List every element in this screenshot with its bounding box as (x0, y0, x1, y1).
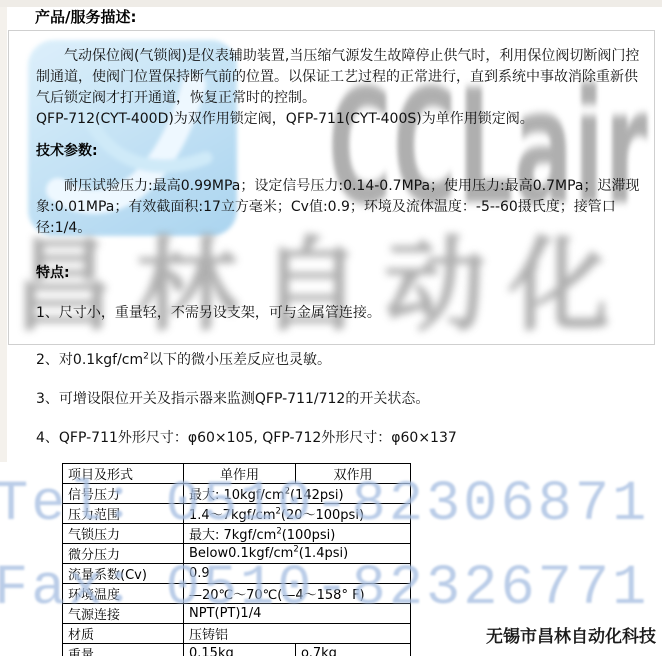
table-header-cell: 单作用 (184, 464, 296, 484)
table-row: 气锁压力最大: 7kgf/cm2(100psi) (63, 524, 411, 544)
spec-table-body: 信号压力最大: 10kgf/cm2(142psi)压力范围1.4～7kgf/cm… (63, 484, 411, 656)
description-paragraph: 气动保位阀(气锁阀)是仪表辅助装置,当压缩气源发生故障停止供气时，利用保位阀切断… (36, 46, 650, 109)
tech-params-heading: 技术参数: (36, 141, 650, 162)
spec-label-cell: 气源连接 (63, 604, 184, 624)
table-row: 流量系数(Cv)0.9 (63, 564, 411, 584)
feature-item-4: 4、QFP-711外形尺寸：φ60×105, QFP-712外形尺寸：φ60×1… (36, 428, 650, 449)
page-title: 产品/服务描述: (35, 6, 136, 27)
spec-value-cell: 1.4～7kgf/cm2(20～100psi) (184, 504, 411, 524)
spec-value-cell: 最大: 7kgf/cm2(100psi) (184, 524, 411, 544)
table-row: 气源连接NPT(PT)1/4 (63, 604, 411, 624)
spec-label-cell: 微分压力 (63, 544, 184, 564)
spec-label-cell: 流量系数(Cv) (63, 564, 184, 584)
spec-label-cell: 环境温度 (63, 584, 184, 604)
spec-label-cell: 压力范围 (63, 504, 184, 524)
spec-value-cell: 压铸铝 (184, 624, 411, 644)
feature-item-2: 2、对0.1kgf/cm2以下的微小压差反应也灵敏。 (36, 350, 650, 371)
model-description-line: QFP-712(CYT-400D)为双作用锁定阀，QFP-711(CYT-400… (36, 109, 650, 130)
spec-label-cell: 信号压力 (63, 484, 184, 504)
feature-item-1: 1、尺寸小，重量轻，不需另设支架，可与金属管连接。 (36, 303, 650, 324)
tech-params-paragraph: 耐压试验压力:最高0.99MPa；设定信号压力:0.14-0.7MPa；使用压力… (36, 176, 650, 239)
spec-value-cell: 0.9 (184, 564, 411, 584)
spec-value-cell: 0.15kg (184, 644, 296, 656)
spec-label-cell: 重量 (63, 644, 184, 656)
left-edge-strip (0, 7, 7, 462)
table-row: 环境温度—20℃～70℃(—4～158° F) (63, 584, 411, 604)
description-block: 气动保位阀(气锁阀)是仪表辅助装置,当压缩气源发生故障停止供气时，利用保位阀切断… (36, 46, 650, 130)
spec-value-cell: 最大: 10kgf/cm2(142psi) (184, 484, 411, 504)
table-row: 重量0.15kgo.7kg (63, 644, 411, 656)
features-heading: 特点: (36, 263, 650, 284)
spec-value-cell: NPT(PT)1/4 (184, 604, 411, 624)
feature-item-3: 3、可增设限位开关及指示器来监测QFP-711/712的开关状态。 (36, 389, 650, 410)
spec-table: 项目及形式 单作用 双作用 信号压力最大: 10kgf/cm2(142psi)压… (62, 463, 411, 656)
table-row: 材质压铸铝 (63, 624, 411, 644)
company-name: 无锡市昌林自动化科技 (486, 622, 656, 647)
table-row: 微分压力Below0.1kgf/cm2(1.4psi) (63, 544, 411, 564)
table-header-cell: 项目及形式 (63, 464, 184, 484)
spec-label-cell: 材质 (63, 624, 184, 644)
table-row: 压力范围1.4～7kgf/cm2(20～100psi) (63, 504, 411, 524)
table-header-row: 项目及形式 单作用 双作用 (63, 464, 411, 484)
spec-value-cell: Below0.1kgf/cm2(1.4psi) (184, 544, 411, 564)
spec-value-cell: —20℃～70℃(—4～158° F) (184, 584, 411, 604)
page: CCLair 昌林自动化 产品/服务描述: 气动保位阀(气锁阀)是仪表辅助装置,… (0, 0, 662, 656)
spec-value-cell: o.7kg (296, 644, 411, 656)
table-row: 信号压力最大: 10kgf/cm2(142psi) (63, 484, 411, 504)
table-header-cell: 双作用 (296, 464, 411, 484)
spec-label-cell: 气锁压力 (63, 524, 184, 544)
